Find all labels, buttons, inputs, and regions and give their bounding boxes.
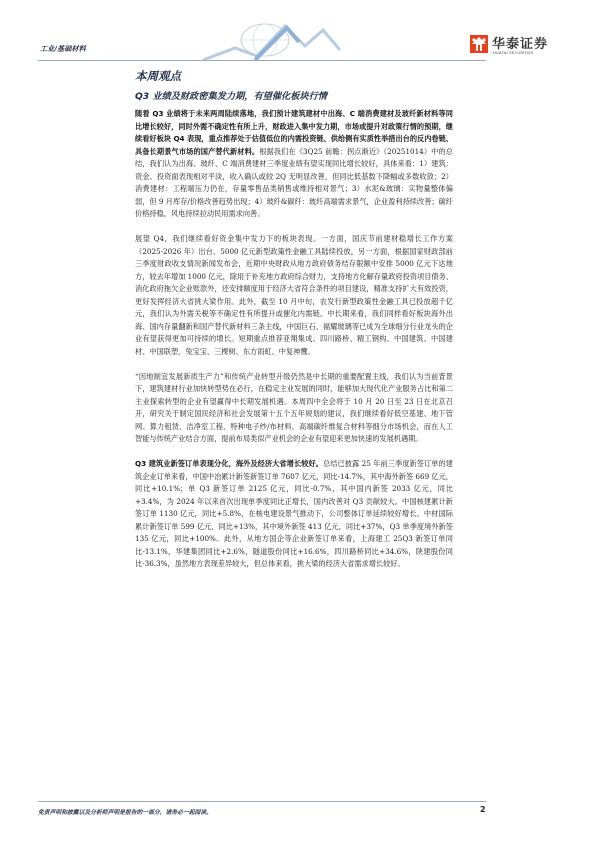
paragraph-lead: Q3 建筑业新签订单表现分化，海外及经济大省增长较好。 — [135, 459, 323, 468]
brand-logo: 华泰证券 HUATAI SECURITIES — [470, 33, 590, 59]
sector-label: 工业/基础材料 — [40, 44, 86, 54]
section-subtitle: Q3 业绩及财政密集发力期，有望催化板块行情 — [135, 90, 453, 104]
page-number: 2 — [480, 805, 486, 814]
paragraph-new-productivity: “因地制宜发展新质生产力”和传统产业转型升级仍然是中长期的重要配置主线，我们认为… — [135, 371, 453, 446]
header-divider — [38, 60, 486, 61]
paragraph-q4-outlook: 展望 Q4，我们继续看好资金集中发力下的板块表现。一方面，国庆节前建材稳增长工作… — [135, 233, 453, 358]
paragraph-new-orders: Q3 建筑业新签订单表现分化，海外及经济大省增长较好。总结已披露 25 年前三季… — [135, 458, 453, 571]
report-body: 本周观点 Q3 业绩及财政密集发力期，有望催化板块行情 随着 Q3 业绩将于未来… — [135, 68, 453, 583]
section-title: 本周观点 — [135, 68, 453, 84]
paragraph-text: 总结已披露 25 年前三季度新签订单的建筑企业订单来看，中国中冶累计新签新签订单… — [135, 459, 453, 568]
paragraph-q3-outlook: 随着 Q3 业绩将于未来两周陆续落地，我们预计建筑建材中出海、C 端消费建材及玻… — [135, 108, 453, 221]
paragraph-text: “因地制宜发展新质生产力”和传统产业转型升级仍然是中长期的重要配置主线，我们认为… — [135, 372, 453, 444]
footer-divider — [38, 801, 486, 802]
globe-decoration-icon — [195, 20, 345, 60]
page-header: 工业/基础材料 华泰证券 HUATAI SECURITIES — [0, 0, 595, 62]
huatai-logo-icon — [470, 35, 488, 53]
paragraph-text: 展望 Q4，我们继续看好资金集中发力下的板块表现。一方面，国庆节前建材稳增长工作… — [135, 234, 453, 356]
paragraph-text: 根据我们在《3Q25 前瞻：拐点渐近》（20251014）中的总结，我们认为出海… — [135, 147, 453, 219]
disclaimer-note: 免责声明和披露以及分析师声明是报告的一部分，请务必一起阅读。 — [38, 807, 212, 816]
brand-name-en: HUATAI SECURITIES — [493, 50, 534, 55]
